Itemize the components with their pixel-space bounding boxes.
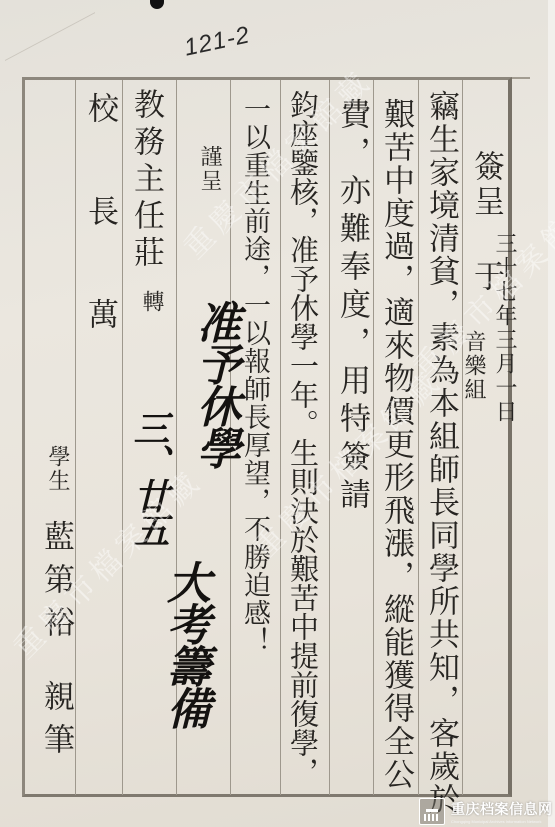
frame-extension <box>512 77 530 79</box>
body-line-1: 竊生家境清貧，素為本組師長同學所共知，客歲於 <box>421 90 461 816</box>
column-rule <box>373 80 374 795</box>
body-line-2: 艱苦中度過，適來物價更形飛漲，縱能獲得全公 <box>376 98 416 791</box>
column-rule <box>122 80 123 795</box>
respectfully-submit: 謹呈 <box>196 145 222 193</box>
archive-building-icon <box>419 798 445 825</box>
site-logo[interactable]: 重庆档案信息网 Chongqing Municipal Archives Inf… <box>419 796 555 827</box>
approval-signature: 大考籌備 <box>160 560 208 728</box>
column-rule <box>329 80 330 795</box>
column-rule <box>280 80 281 795</box>
approval-date: 三、廿五 <box>125 410 173 546</box>
column-rule <box>462 80 463 795</box>
body-line-4: 鈞座鑒核，准予休學一年。生則決於艱苦中提前復學， <box>283 90 323 786</box>
approval-annotation: 准予休學 <box>190 300 238 468</box>
principal: 校 長 萬 <box>80 92 120 347</box>
forward-mark: 轉 <box>138 290 164 314</box>
site-subtitle: Chongqing Municipal Archives Information… <box>451 819 553 824</box>
handwritten-note: 親筆 <box>36 680 76 766</box>
body-line-5: 一以重生前途，一以報師長厚望，不勝迫感！ <box>234 95 274 655</box>
dean-of-studies: 教務主任莊 <box>126 88 166 273</box>
body-line-3: 費，亦難奉度，用特簽請 <box>332 98 372 516</box>
column-rule <box>418 80 419 795</box>
memo-date: 三十七年三月一日 <box>490 232 518 424</box>
site-title: 重庆档案信息网 <box>451 799 553 819</box>
page-edge <box>548 0 555 827</box>
student-label: 學生 <box>44 445 70 493</box>
student-name: 藍第裕 <box>36 520 76 649</box>
department: 音樂組 <box>460 330 486 402</box>
